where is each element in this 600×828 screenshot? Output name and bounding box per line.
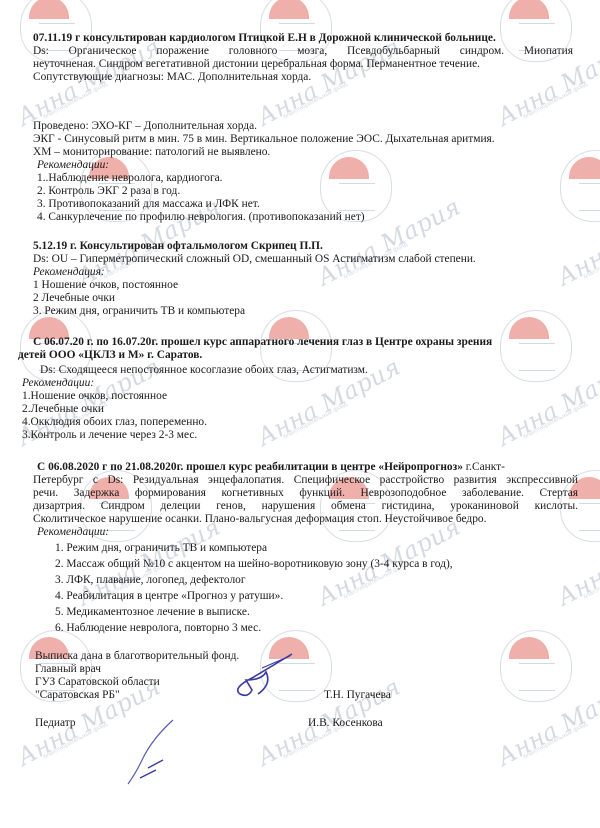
recommendation-item: 1.Ношение очков, постоянное <box>22 390 167 403</box>
rehab-heading-bold: С 06.08.2020 г по 21.08.2020г. прошел ку… <box>37 461 463 473</box>
recommendation-item: 2.Лечебные очки <box>22 403 104 416</box>
signature-icon <box>222 650 302 700</box>
watermark-logo-icon: Анна Марияблаготворительный фонд <box>530 140 600 290</box>
cardiology-diagnosis-line: неуточненая. Синдром вегетативной дистон… <box>33 58 480 71</box>
recommendation-item: 2. Массаж общий №10 с акцентом на шейно-… <box>55 558 453 571</box>
watermark-logo-icon: Анна Марияблаготворительный фонд <box>470 620 600 770</box>
chief-org-name: "Саратовская РБ" <box>35 689 120 702</box>
cardiology-diagnosis-line: Ds: Органическое поражение головного моз… <box>33 45 573 58</box>
chief-org: ГУЗ Саратовской области <box>35 676 160 689</box>
exam-line: ЭКГ - Синусовый ритм в мин. 75 в мин. Ве… <box>33 133 495 146</box>
discharge-note: Выписка дана в благотворительный фонд. <box>35 650 239 663</box>
recommendation-item: 4. Санкурлечение по профилю неврология. … <box>37 211 365 224</box>
exam-line: ХМ – мониторирование: патологий не выявл… <box>33 146 270 159</box>
ophthalmology-heading: 5.12.19 г. Консультирован офтальмологом … <box>33 240 323 253</box>
rehab-body-line: Сколитическое нарушение осанки. Плано-ва… <box>33 513 486 526</box>
signature-icon <box>118 718 178 788</box>
watermark-logo-icon: Анна Марияблаготворительный фонд <box>470 0 600 130</box>
recommendations-label: Рекомендации: <box>37 159 109 172</box>
recommendation-item: 2 Лечебные очки <box>33 292 115 305</box>
recommendations-label: Рекомендации: <box>22 377 94 390</box>
recommendations-label: Рекомендация: <box>33 266 105 279</box>
recommendation-item: 3. ЛФК, плавание, логопед, дефектолог <box>55 574 246 587</box>
recommendation-item: 3.Контроль и лечение через 2-3 мес. <box>22 429 197 442</box>
eye-treatment-diagnosis: Ds: Сходящееся непостоянное косоглазие о… <box>40 364 368 377</box>
watermark-logo-icon: Анна Марияблаготворительный фонд <box>470 300 600 450</box>
recommendation-item: 5. Медикаментозное лечение в выписке. <box>55 606 250 619</box>
exam-line: Проведено: ЭХО-КГ – Дополнительная хорда… <box>33 120 257 133</box>
recommendation-item: 3. Противопоказаний для массажа и ЛФК не… <box>37 198 260 211</box>
recommendation-item: 1..Наблюдение невролога, кардиогога. <box>37 172 223 185</box>
recommendation-item: 3. Режим дня, ограничить ТВ и компьютера <box>33 305 245 318</box>
recommendation-item: 1. Режим дня, ограничить ТВ и компьютера <box>55 542 267 555</box>
rehab-heading: С 06.08.2020 г по 21.08.2020г. прошел ку… <box>37 461 505 474</box>
rehab-body-line: дизартрия. Синдром делеции генов, наруше… <box>33 500 578 513</box>
recommendation-item: 4.Окклюдия обоих глаз, попеременно. <box>22 416 207 429</box>
rehab-body-line: речи. Задержка формирования когнетивных … <box>33 487 578 500</box>
rehab-body-line: Петербург с Ds: Резидуальная энцефалопат… <box>33 474 578 487</box>
recommendation-item: 6. Наблюдение невролога, повторно 3 мес. <box>55 622 261 635</box>
recommendation-item: 2. Контроль ЭКГ 2 раза в год. <box>37 185 180 198</box>
cardiology-heading: 07.11.19 г консультирован кардиологом Пт… <box>33 32 496 45</box>
ophthalmology-diagnosis: Ds: OU – Гиперметропический сложный OD, … <box>33 253 476 266</box>
rehab-heading-city: г.Санкт- <box>463 461 505 473</box>
pediatrician-title: Педиатр <box>35 717 76 730</box>
chief-name: Т.Н. Пугачева <box>324 689 391 702</box>
cardiology-diagnosis-line: Сопутствующие диагнозы: МАС. Дополнитель… <box>33 71 311 84</box>
recommendation-item: 4. Реабилитация в центре «Прогноз у рату… <box>55 590 283 603</box>
recommendation-item: 1 Ношение очков, постоянное <box>33 279 178 292</box>
eye-treatment-heading: детей ООО «ЦКЛЗ и М» г. Саратов. <box>18 349 202 362</box>
recommendations-label: Рекомендации: <box>37 526 109 539</box>
pediatrician-name: И.В. Косенкова <box>308 717 383 730</box>
eye-treatment-heading: С 06.07.20 г. по 16.07.20г. прошел курс … <box>33 336 492 349</box>
chief-title: Главный врач <box>35 663 101 676</box>
